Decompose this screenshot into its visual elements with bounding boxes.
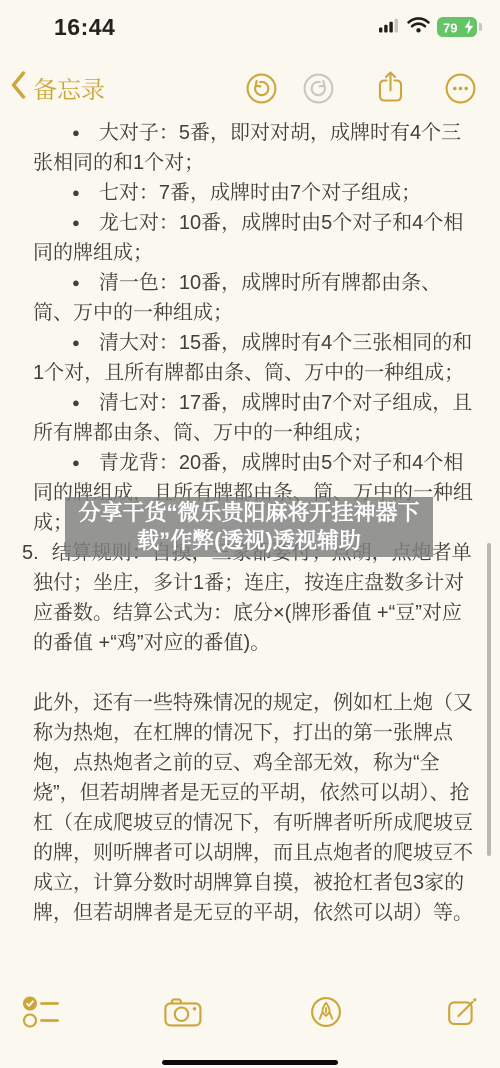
note-paragraph: 此外，还有一些特殊情况的规定，例如杠上炮（又称为热炮，在杠牌的情况下，打出的第一… (33, 688, 474, 928)
list-item-text: 大对子：5番，即对对胡，成牌时有4个三张相同的和1个对； (33, 122, 461, 174)
list-item: ●清大对：15番，成牌时有4个三张相同的和1个对，且所有牌都由条、筒、万中的一种… (33, 328, 474, 388)
bullet-icon: ● (72, 455, 80, 470)
cellular-signal-icon (379, 18, 400, 38)
numbered-item-text: 结算规则：自摸，三家都要付；点胡，点炮者单独付；坐庄，多计1番；连庄，按连庄盘数… (33, 542, 472, 654)
list-item-text: 清大对：15番，成牌时有4个三张相同的和1个对，且所有牌都由条、筒、万中的一种组… (33, 332, 472, 384)
more-options-button[interactable] (445, 73, 476, 109)
back-chevron-icon (10, 70, 26, 105)
list-item: ●清七对：17番，成牌时由7个对子组成，且所有牌都由条、筒、万中的一种组成； (33, 388, 474, 448)
charging-bolt-icon (463, 19, 475, 40)
list-item-text: 七对：7番，成牌时由7个对子组成； (99, 182, 421, 204)
markup-button[interactable] (310, 996, 342, 1033)
list-item-text: 清一色：10番，成牌时所有牌都由条、筒、万中的一种组成； (33, 272, 441, 324)
notes-app-screen: 16:44 (0, 0, 500, 1068)
home-indicator[interactable] (162, 1060, 338, 1065)
bullet-icon: ● (72, 395, 80, 410)
undo-icon (246, 73, 277, 104)
checklist-button[interactable] (22, 995, 60, 1034)
bottom-toolbar (0, 985, 500, 1068)
battery-nub (479, 23, 482, 31)
bullet-icon: ● (72, 215, 80, 230)
compose-icon (446, 994, 480, 1028)
compose-button[interactable] (446, 994, 480, 1033)
bullet-icon: ● (72, 275, 80, 290)
ellipsis-icon (445, 73, 476, 104)
bullet-icon: ● (72, 125, 80, 140)
numbered-item-marker: 5. (22, 542, 39, 564)
camera-icon (164, 997, 202, 1027)
share-button[interactable] (377, 70, 404, 108)
back-button[interactable]: 备忘录 (10, 70, 105, 105)
back-label: 备忘录 (33, 70, 105, 105)
share-icon (377, 70, 404, 103)
checklist-icon (22, 995, 60, 1029)
list-item-text: 龙七对：10番，成牌时由5个对子和4个相同的牌组成； (33, 212, 463, 264)
list-item: ●清一色：10番，成牌时所有牌都由条、筒、万中的一种组成； (33, 268, 474, 328)
markup-pen-icon (310, 996, 342, 1028)
clock-time: 16:44 (54, 14, 115, 41)
scrollbar-thumb[interactable] (487, 543, 491, 856)
list-item-text: 清七对：17番，成牌时由7个对子组成，且所有牌都由条、筒、万中的一种组成； (33, 392, 472, 444)
spam-overlay-text: 分享干货“微乐贵阳麻将开挂神器下载”作弊(透视)透视辅助 (68, 499, 430, 555)
wifi-icon (407, 17, 430, 38)
bullet-icon: ● (72, 185, 80, 200)
list-item: ●七对：7番，成牌时由7个对子组成； (33, 178, 474, 208)
list-item: ●大对子：5番，即对对胡，成牌时有4个三张相同的和1个对； (33, 118, 474, 178)
undo-button[interactable] (246, 73, 277, 109)
camera-button[interactable] (164, 997, 202, 1032)
spam-watermark-overlay: 分享干货“微乐贵阳麻将开挂神器下载”作弊(透视)透视辅助 (65, 497, 433, 557)
redo-icon (303, 73, 334, 104)
redo-button[interactable] (303, 73, 334, 109)
list-item: ●龙七对：10番，成牌时由5个对子和4个相同的牌组成； (33, 208, 474, 268)
battery-percent: 79 (443, 20, 457, 35)
bullet-icon: ● (72, 335, 80, 350)
battery-indicator: 79 (437, 17, 482, 38)
